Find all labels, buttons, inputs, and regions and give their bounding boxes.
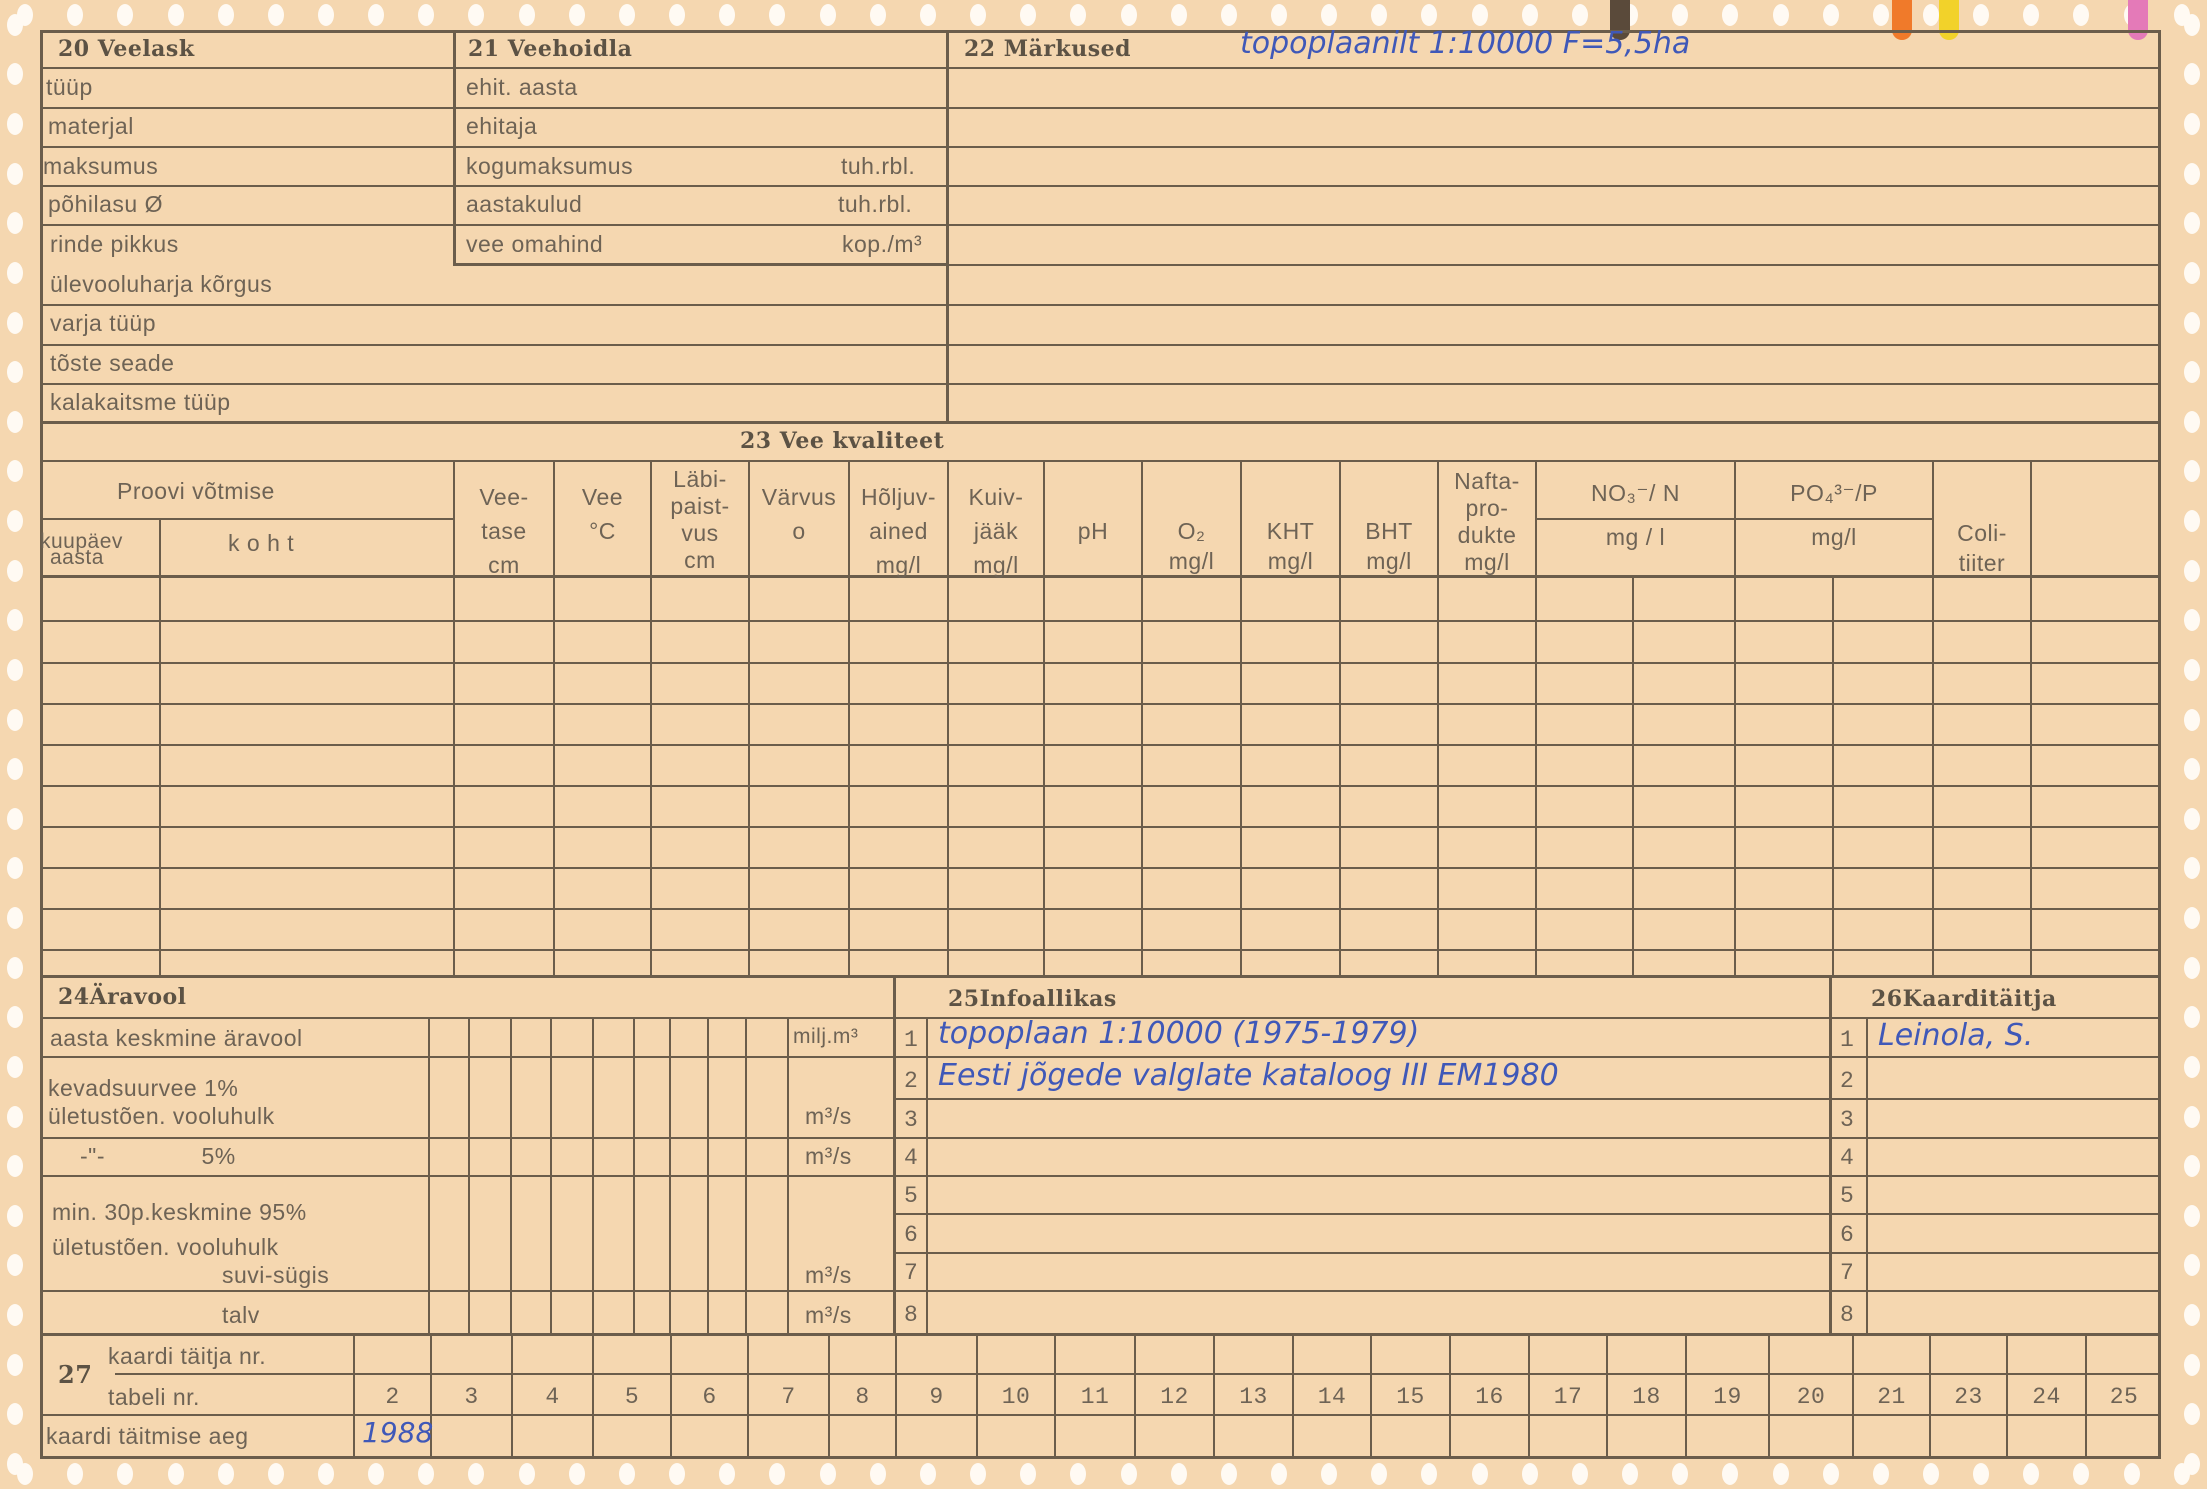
tabeli-nr-8: 8 (830, 1384, 895, 1410)
perforation-hole (970, 4, 986, 26)
perforation-hole (2184, 1354, 2200, 1376)
divider (453, 263, 948, 266)
perforation-hole (7, 560, 23, 582)
perforation-hole (2184, 411, 2200, 433)
kevadsuurvee-5-label: -"- 5% (80, 1143, 236, 1170)
holjuvained-header: Hõljuv-ainedmg/l (850, 480, 947, 582)
perforation-hole (218, 1463, 234, 1485)
min30p-suvi-unit: m³/s (805, 1262, 852, 1289)
perforation-hole (2184, 460, 2200, 482)
perforation-hole (2184, 1155, 2200, 1177)
kaarditaitja-entry-1[interactable]: Leinola, S. (1878, 1018, 2033, 1053)
record-card: 20 Veelask tüüp materjal maksumus põhila… (0, 0, 2207, 1489)
infoallikas-entry-2[interactable]: Eesti jõgede valglate kataloog III EM198… (938, 1058, 1559, 1093)
perforation-hole (2184, 659, 2200, 681)
perforation-hole (2184, 361, 2200, 383)
tabeli-nr-11: 11 (1056, 1384, 1134, 1410)
perforation-hole (7, 1155, 23, 1177)
grid-line (40, 146, 948, 148)
kaarditaitja-row-1-number: 1 (1840, 1027, 1854, 1053)
perforation-hole (569, 1463, 585, 1485)
tabeli-nr-17: 17 (1530, 1384, 1606, 1410)
perforation-hole (368, 4, 384, 26)
perforation-hole (67, 4, 83, 26)
perforation-hole (1472, 1463, 1488, 1485)
perforation-hole (870, 4, 886, 26)
grid-line (40, 460, 2161, 462)
perforation-hole (318, 1463, 334, 1485)
perforation-hole (820, 4, 836, 26)
kaarditaitja-row-7-number: 7 (1840, 1260, 1854, 1286)
perforation-hole (1923, 4, 1939, 26)
section-23-title: 23 Vee kvaliteet (740, 428, 944, 454)
perforation-hole (7, 957, 23, 979)
perforation-hole (1773, 4, 1789, 26)
grid-line (40, 421, 2161, 424)
aravool-aasta-label: aasta keskmine äravool (50, 1025, 303, 1052)
perforation-hole (1421, 4, 1437, 26)
kuivjaak-header: Kuiv-jääkmg/l (949, 480, 1043, 582)
varvus-header: Värvuso (750, 480, 848, 548)
perforation-hole (268, 1463, 284, 1485)
grid-line (1832, 577, 1834, 976)
perforation-hole (368, 1463, 384, 1485)
perforation-top (0, 0, 2207, 30)
grid-line (40, 1137, 895, 1139)
veelask-ylevooluharja-label: ülevooluharja kõrgus (50, 271, 272, 298)
grid-line (115, 1373, 2161, 1375)
perforation-hole (7, 709, 23, 731)
grid-line (1632, 577, 1634, 976)
tabeli-nr-label: tabeli nr. (108, 1384, 200, 1411)
perforation-hole (7, 1106, 23, 1128)
perforation-hole (2073, 1463, 2089, 1485)
labipaistvus-header: Läbi-paist-vuscm (652, 466, 748, 574)
koht-header: k o h t (228, 530, 294, 557)
perforation-hole (7, 1304, 23, 1326)
min30p-talv-unit: m³/s (805, 1302, 852, 1329)
section-27-title: 27 (58, 1360, 92, 1389)
perforation-hole (7, 609, 23, 631)
kaarditaitja-row-2-number: 2 (1840, 1068, 1854, 1094)
infoallikas-row-5-number: 5 (904, 1183, 918, 1209)
perforation-hole (2184, 709, 2200, 731)
perforation-hole (2184, 113, 2200, 135)
grid-line (40, 949, 2161, 951)
perforation-hole (7, 460, 23, 482)
perforation-hole (2184, 560, 2200, 582)
infoallikas-row-2-number: 2 (904, 1068, 918, 1094)
veetase-header: Vee-tasecm (455, 480, 553, 582)
perforation-hole (2184, 609, 2200, 631)
infoallikas-row-6-number: 6 (904, 1222, 918, 1248)
tabeli-nr-20: 20 (1770, 1384, 1852, 1410)
perforation-hole (2184, 212, 2200, 234)
grid-line (40, 383, 948, 385)
perforation-hole (870, 1463, 886, 1485)
tabeli-nr-25: 25 (2087, 1384, 2161, 1410)
perforation-hole (1672, 4, 1688, 26)
perforation-hole (1773, 1463, 1789, 1485)
veehoidla-kogumaksumus-label: kogumaksumus (466, 153, 633, 180)
perforation-hole (2184, 857, 2200, 879)
grid-line (40, 344, 948, 346)
kaarditaitja-row-8-number: 8 (1840, 1302, 1854, 1328)
perforation-hole (2184, 957, 2200, 979)
perforation-hole (2184, 510, 2200, 532)
tabeli-nr-21: 21 (1854, 1384, 1929, 1410)
veelask-varja-tyyp-label: varja tüüp (50, 310, 156, 337)
perforation-hole (7, 63, 23, 85)
perforation-hole (468, 1463, 484, 1485)
perforation-hole (1672, 1463, 1688, 1485)
infoallikas-row-8-number: 8 (904, 1302, 918, 1328)
grid-line (895, 1098, 2161, 1100)
grid-line (893, 976, 896, 1335)
veelask-rinde-pikkus-label: rinde pikkus (50, 231, 179, 258)
section-21-title: 21 Veehoidla (468, 36, 632, 62)
infoallikas-row-3-number: 3 (904, 1107, 918, 1133)
perforation-hole (569, 4, 585, 26)
perforation-hole (1973, 4, 1989, 26)
perforation-hole (67, 1463, 83, 1485)
perforation-hole (168, 4, 184, 26)
grid-line (40, 1056, 895, 1058)
tabeli-nr-15: 15 (1372, 1384, 1449, 1410)
perforation-hole (820, 1463, 836, 1485)
grid-line (948, 185, 2161, 187)
perforation-hole (719, 1463, 735, 1485)
perforation-hole (1923, 1463, 1939, 1485)
perforation-hole (2023, 1463, 2039, 1485)
perforation-hole (7, 361, 23, 383)
tabeli-nr-16: 16 (1451, 1384, 1528, 1410)
kaardi-taitmise-aeg-label: kaardi täitmise aeg (46, 1423, 249, 1450)
perforation-hole (7, 212, 23, 234)
perforation-hole (418, 1463, 434, 1485)
perforation-hole (2184, 1403, 2200, 1425)
veehoidla-vee-omahind-unit: kop./m³ (842, 231, 922, 258)
perforation-hole (2184, 312, 2200, 334)
section-25-title: 25Infoallikas (948, 986, 1117, 1012)
perforation-hole (1823, 4, 1839, 26)
perforation-hole (1171, 4, 1187, 26)
perforation-hole (2184, 1254, 2200, 1276)
infoallikas-row-4-number: 4 (904, 1145, 918, 1171)
perforation-hole (619, 4, 635, 26)
no3-header: NO₃⁻/ N (1537, 480, 1734, 507)
perforation-hole (7, 1254, 23, 1276)
perforation-hole (1271, 4, 1287, 26)
grid-line (948, 67, 2161, 69)
grid-line (40, 224, 948, 226)
grid-line (40, 975, 2161, 978)
veelask-toste-seade-label: tõste seade (50, 350, 174, 377)
perforation-hole (168, 1463, 184, 1485)
perforation-hole (2184, 63, 2200, 85)
perforation-hole (1321, 4, 1337, 26)
veehoidla-vee-omahind-label: vee omahind (466, 231, 603, 258)
min30p-talv: talv (222, 1302, 260, 1329)
grid-line (40, 744, 2161, 746)
grid-line (40, 785, 2161, 787)
perforation-hole (1371, 4, 1387, 26)
aravool-aasta-unit: milj.m³ (793, 1025, 858, 1049)
section-20-title: 20 Veelask (58, 36, 195, 62)
perforation-hole (1622, 1463, 1638, 1485)
perforation-hole (7, 1205, 23, 1227)
grid-line (948, 304, 2161, 306)
grid-line (40, 107, 948, 109)
perforation-hole (1472, 4, 1488, 26)
grid-line (40, 1414, 2161, 1416)
grid-line (40, 185, 948, 187)
grid-line (40, 826, 2161, 828)
bht-header: BHTmg/l (1341, 516, 1437, 576)
veehoidla-ehitaja-label: ehitaja (466, 113, 537, 140)
perforation-hole (7, 758, 23, 780)
perforation-hole (1371, 1463, 1387, 1485)
grid-line (40, 1333, 2161, 1336)
perforation-hole (7, 907, 23, 929)
kaarditaitja-row-5-number: 5 (1840, 1183, 1854, 1209)
section-22-title: 22 Märkused (964, 36, 1131, 62)
grid-line (1829, 976, 1832, 1335)
kaarditaitja-row-3-number: 3 (1840, 1107, 1854, 1133)
perforation-hole (1020, 4, 1036, 26)
po4-header: PO₄³⁻/P (1736, 480, 1932, 507)
divider (946, 30, 949, 423)
min30p-label: min. 30p.keskmine 95% (52, 1199, 307, 1226)
perforation-hole (7, 1056, 23, 1078)
perforation-hole (2184, 1106, 2200, 1128)
perforation-hole (1873, 4, 1889, 26)
veelask-maksumus-label: maksumus (43, 153, 158, 180)
perforation-hole (1522, 1463, 1538, 1485)
infoallikas-entry-1[interactable]: topoplaan 1:10000 (1975-1979) (938, 1016, 1419, 1051)
perforation-hole (2184, 14, 2200, 36)
grid-line (40, 867, 2161, 869)
perforation-hole (2023, 4, 2039, 26)
perforation-hole (7, 857, 23, 879)
section-24-title: 24Äravool (58, 984, 187, 1010)
perforation-hole (268, 4, 284, 26)
tabeli-nr-9: 9 (897, 1384, 976, 1410)
perforation-hole (7, 1354, 23, 1376)
perforation-hole (117, 1463, 133, 1485)
kht-header: KHTmg/l (1242, 516, 1339, 576)
perforation-bottom (0, 1459, 2207, 1489)
perforation-hole (2184, 758, 2200, 780)
grid-line (40, 304, 948, 306)
min30p-label2: ületustõen. vooluhulk (52, 1234, 279, 1261)
grid-line (948, 224, 2161, 226)
grid-line (40, 908, 2161, 910)
perforation-hole (1421, 1463, 1437, 1485)
grid-line (40, 620, 2161, 622)
grid-line (40, 662, 2161, 664)
perforation-hole (1522, 4, 1538, 26)
perforation-hole (2184, 907, 2200, 929)
tabeli-nr-4: 4 (513, 1384, 592, 1410)
perforation-hole (769, 1463, 785, 1485)
kevadsuurvee-5-unit: m³/s (805, 1143, 852, 1170)
vee-temperatuur-header: Vee°C (555, 480, 650, 548)
perforation-hole (7, 14, 23, 36)
perforation-hole (2073, 4, 2089, 26)
perforation-hole (1221, 1463, 1237, 1485)
grid-line (948, 146, 2161, 148)
kevadsuurvee-label: kevadsuurvee 1% (48, 1075, 238, 1102)
perforation-hole (7, 312, 23, 334)
tabeli-nr-3: 3 (432, 1384, 511, 1410)
tabeli-nr-10: 10 (978, 1384, 1054, 1410)
proovi-votmise-header: Proovi võtmise (117, 478, 275, 505)
grid-line (40, 1175, 895, 1177)
veelask-tyyp-label: tüüp (46, 74, 93, 101)
perforation-hole (1070, 4, 1086, 26)
perforation-right (2177, 0, 2207, 1489)
tabeli-nr-2: 2 (355, 1384, 430, 1410)
ph-header: pH (1045, 518, 1141, 545)
tabeli-nr-6: 6 (672, 1384, 747, 1410)
markused-handwritten-note[interactable]: topoplaanilt 1:10000 F=5,5ha (1240, 26, 1690, 61)
infoallikas-row-1-number: 1 (904, 1027, 918, 1053)
perforation-hole (1020, 1463, 1036, 1485)
kevadsuurvee-unit: m³/s (805, 1103, 852, 1130)
perforation-hole (318, 4, 334, 26)
tabeli-nr-5: 5 (594, 1384, 670, 1410)
perforation-hole (1572, 4, 1588, 26)
perforation-left (0, 0, 30, 1489)
veelask-pohilasu-label: põhilasu Ø (48, 191, 163, 218)
perforation-hole (920, 1463, 936, 1485)
perforation-hole (2184, 1304, 2200, 1326)
tabeli-nr-14: 14 (1294, 1384, 1370, 1410)
veelask-kalakaitse-label: kalakaitsme tüüp (50, 389, 231, 416)
perforation-hole (769, 4, 785, 26)
perforation-hole (218, 4, 234, 26)
perforation-hole (920, 4, 936, 26)
grid-line (895, 1290, 2161, 1292)
perforation-hole (468, 4, 484, 26)
naftaprodukte-header: Nafta-pro-duktemg/l (1439, 468, 1535, 576)
kevadsuurvee-label2: ületustõen. vooluhulk (48, 1103, 275, 1130)
perforation-hole (1271, 1463, 1287, 1485)
tabeli-nr-19: 19 (1687, 1384, 1768, 1410)
perforation-hole (1722, 4, 1738, 26)
grid-line (948, 344, 2161, 346)
perforation-hole (719, 4, 735, 26)
perforation-hole (2184, 1056, 2200, 1078)
tabeli-nr-7: 7 (749, 1384, 828, 1410)
kaardi-taitmise-aeg-value[interactable]: 1988 (362, 1416, 433, 1449)
min30p-suvi-sugis: suvi-sügis (222, 1262, 329, 1289)
grid-line (40, 518, 453, 520)
grid-line (895, 1213, 2161, 1215)
veelask-materjal-label: materjal (48, 113, 134, 140)
perforation-hole (1171, 1463, 1187, 1485)
grid-line (2030, 460, 2032, 976)
tabeli-nr-12: 12 (1136, 1384, 1213, 1410)
perforation-hole (1722, 1463, 1738, 1485)
perforation-hole (1121, 1463, 1137, 1485)
perforation-hole (1823, 1463, 1839, 1485)
perforation-hole (7, 808, 23, 830)
veehoidla-aastakulud-unit: tuh.rbl. (838, 191, 912, 218)
tabeli-nr-23: 23 (1931, 1384, 2006, 1410)
perforation-hole (7, 262, 23, 284)
grid-line (948, 383, 2161, 385)
perforation-hole (2184, 163, 2200, 185)
veehoidla-ehit-aasta-label: ehit. aasta (466, 74, 578, 101)
perforation-hole (1973, 1463, 1989, 1485)
perforation-hole (2184, 808, 2200, 830)
perforation-hole (7, 1403, 23, 1425)
perforation-hole (669, 1463, 685, 1485)
perforation-hole (1873, 1463, 1889, 1485)
tabeli-nr-13: 13 (1215, 1384, 1292, 1410)
grid-line (40, 67, 948, 69)
o2-header: O₂mg/l (1143, 516, 1240, 576)
aasta-header: aasta (50, 546, 104, 570)
no3-unit: mg / l (1537, 524, 1734, 551)
kaarditaitja-row-6-number: 6 (1840, 1222, 1854, 1248)
grid-line (895, 1137, 2161, 1139)
perforation-hole (1572, 1463, 1588, 1485)
perforation-hole (619, 1463, 635, 1485)
perforation-hole (1321, 1463, 1337, 1485)
grid-line (40, 703, 2161, 705)
perforation-hole (2184, 262, 2200, 284)
kaarditaitja-row-4-number: 4 (1840, 1145, 1854, 1171)
grid-line (948, 107, 2161, 109)
grid-line (948, 264, 2161, 266)
perforation-hole (7, 510, 23, 532)
tabeli-nr-18: 18 (1608, 1384, 1685, 1410)
section-26-title: 26Kaarditäitja (1871, 986, 2057, 1012)
perforation-hole (669, 4, 685, 26)
tabeli-nr-24: 24 (2008, 1384, 2085, 1410)
perforation-hole (2184, 1453, 2200, 1475)
perforation-hole (970, 1463, 986, 1485)
perforation-hole (519, 1463, 535, 1485)
grid-line (895, 1252, 2161, 1254)
perforation-hole (2184, 1006, 2200, 1028)
perforation-hole (117, 4, 133, 26)
grid-line (40, 1290, 895, 1292)
veehoidla-aastakulud-label: aastakulud (466, 191, 582, 218)
perforation-hole (7, 1453, 23, 1475)
perforation-hole (2124, 1463, 2140, 1485)
perforation-hole (519, 4, 535, 26)
perforation-hole (2184, 1205, 2200, 1227)
colitiiter-header: Coli-tiiter (1934, 518, 2030, 578)
perforation-hole (7, 1006, 23, 1028)
perforation-hole (1121, 4, 1137, 26)
perforation-hole (7, 659, 23, 681)
perforation-hole (7, 411, 23, 433)
kaardi-taitja-nr-label: kaardi täitja nr. (108, 1343, 266, 1370)
perforation-hole (7, 163, 23, 185)
perforation-hole (1070, 1463, 1086, 1485)
infoallikas-row-7-number: 7 (904, 1260, 918, 1286)
grid-line (895, 1175, 2161, 1177)
perforation-hole (418, 4, 434, 26)
grid-line (40, 575, 2161, 578)
perforation-hole (1221, 4, 1237, 26)
perforation-hole (7, 113, 23, 135)
